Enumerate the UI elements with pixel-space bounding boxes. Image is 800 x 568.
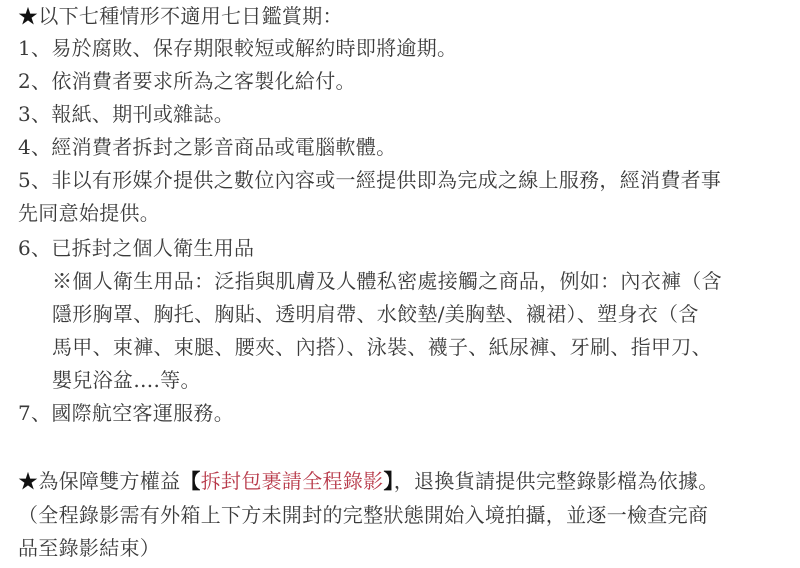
star-icon: ★ (18, 469, 38, 493)
note-line-4: 嬰兒浴盆….等。 (52, 366, 201, 394)
note-line-1: ※個人衛生用品：泛指與肌膚及人體私密處接觸之商品，例如：內衣褲（含 (52, 267, 722, 295)
section2-heading: ★為保障雙方權益【拆封包裹請全程錄影】，退換貨請提供完整錄影檔為依據。 (18, 467, 719, 495)
heading-text: 以下七種情形不適用七日鑑賞期： (38, 4, 343, 28)
item-5-continuation: 先同意始提供。 (18, 199, 160, 227)
section2-sub-line-1: （全程錄影需有外箱上下方未開封的完整狀態開始入境拍攝，並逐一檢查完商 (18, 501, 708, 529)
item-2: 2、依消費者要求所為之客製化給付。 (18, 67, 356, 95)
highlight-text: 拆封包裹請全程錄影 (201, 469, 384, 493)
policy-document: ★以下七種情形不適用七日鑑賞期： 1、易於腐敗、保存期限較短或解約時即將逾期。 … (0, 0, 800, 568)
star-icon: ★ (18, 4, 38, 28)
section2-suffix: ，退換貨請提供完整錄影檔為依據。 (394, 469, 719, 493)
item-5: 5、非以有形媒介提供之數位內容或一經提供即為完成之線上服務，經消費者事 (18, 166, 721, 194)
open-bracket: 【 (180, 469, 200, 493)
section2-prefix: 為保障雙方權益 (38, 469, 180, 493)
note-line-2: 隱形胸罩、胸托、胸貼、透明肩帶、水餃墊/美胸墊、襯裙）、塑身衣（含 (52, 300, 699, 328)
item-6: 6、已拆封之個人衛生用品 (18, 234, 254, 262)
close-bracket: 】 (383, 469, 393, 493)
item-7: 7、國際航空客運服務。 (18, 399, 234, 427)
section2-sub-line-2: 品至錄影結束） (18, 534, 160, 562)
item-1: 1、易於腐敗、保存期限較短或解約時即將逾期。 (18, 34, 457, 62)
item-3: 3、報紙、期刊或雜誌。 (18, 100, 234, 128)
note-line-3: 馬甲、束褲、束腿、腰夾、內搭）、泳裝、襪子、紙尿褲、牙刷、指甲刀、 (52, 333, 712, 361)
section1-heading: ★以下七種情形不適用七日鑑賞期： (18, 2, 343, 30)
item-4: 4、經消費者拆封之影音商品或電腦軟體。 (18, 133, 396, 161)
